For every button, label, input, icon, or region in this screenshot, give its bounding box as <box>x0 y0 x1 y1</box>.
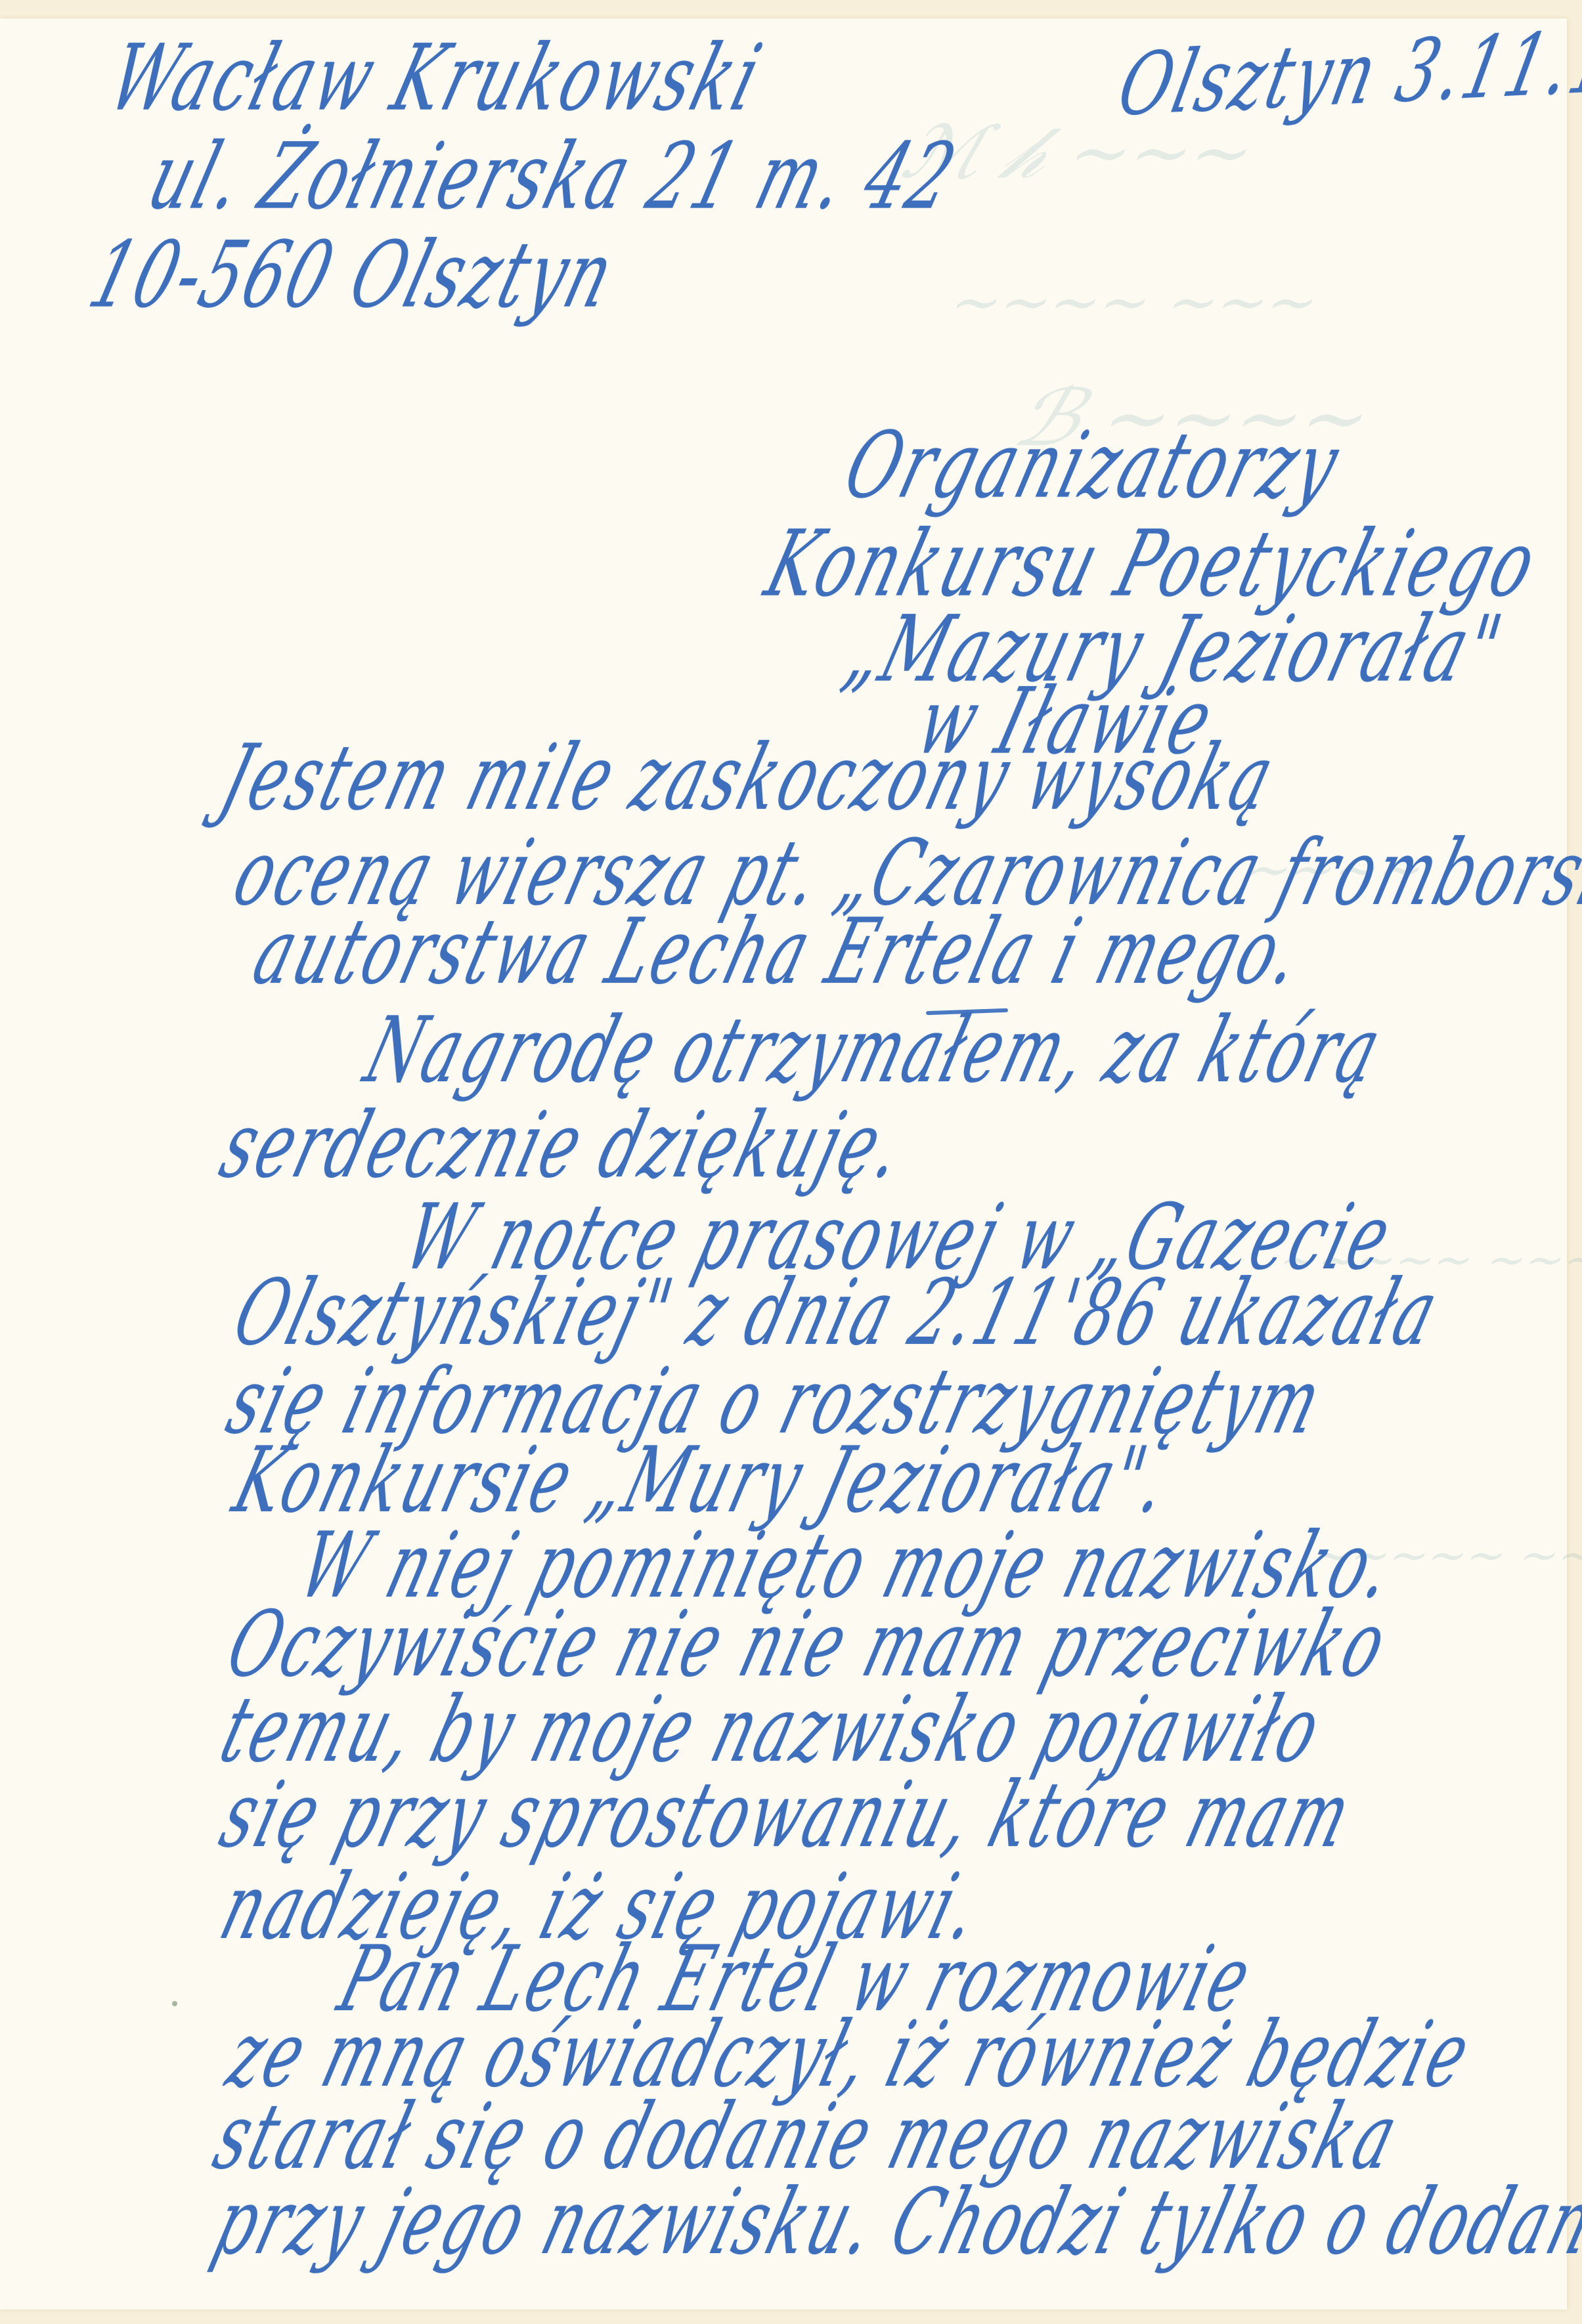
body-line: Nagrodę otrzymałem, za którą <box>355 998 1394 1104</box>
bleed-through-marks: ~~~~ ~~~ <box>941 268 1329 337</box>
ink-dot <box>172 2001 177 2006</box>
body-line: Jestem mile zaskoczony wysoką <box>210 725 1287 831</box>
body-line: serdecznie dziękuję. <box>210 1093 917 1199</box>
place-date: Olsztyn 3.11.1986 r. <box>1110 3 1582 136</box>
body-line: przy jego nazwisku. Chodzi tylko o dodan… <box>204 2170 1582 2275</box>
sender-name: Wacław Krukowski <box>99 25 774 131</box>
recipient-line-1: Organizatorzy <box>834 412 1352 519</box>
body-line: autorstwa Lecha Ertela i mego. <box>243 899 1315 1005</box>
sender-street: ul. Żołnierska 21 m. 42 <box>138 123 969 230</box>
body-line: się przy sprostowaniu, które mam <box>210 1763 1364 1868</box>
letter-page: ℳ 𝒽 ~~~ ~~~~ ~~~ ℬ ~~~~ ~~~~ ~~~~~ ~~~ ~… <box>0 18 1567 2310</box>
sender-city: 10-560 Olsztyn <box>79 222 627 328</box>
